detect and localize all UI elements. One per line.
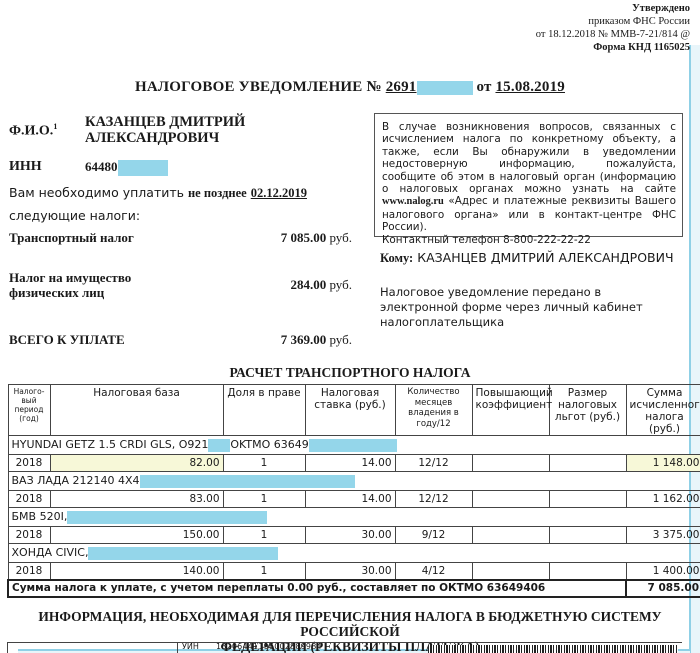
inn-value: 64480 <box>85 159 168 176</box>
table-row: 201882.00114.0012/121 148.00 <box>8 455 700 472</box>
vehicle-name-row: БМВ 520I, <box>8 508 700 527</box>
cell-rate: 30.00 <box>305 563 395 580</box>
redacted-block <box>309 439 397 452</box>
cell-benefit <box>549 491 626 508</box>
recipient-name: КАЗАНЦЕВ ДМИТРИЙ АЛЕКСАНДРОВИЧ <box>417 250 673 265</box>
notice-title: НАЛОГОВОЕ УВЕДОМЛЕНИЕ № 2691 от 15.08.20… <box>0 79 700 96</box>
info-text: В случае возникновения вопросов, связанн… <box>382 121 676 195</box>
vehicle-model: БМВ 520I, <box>12 510 68 523</box>
amount: 7 369.00 <box>281 332 327 347</box>
uin-label: УИН <box>182 642 199 651</box>
cell-rate: 14.00 <box>305 491 395 508</box>
approval-block: Утверждено приказом ФНС России от 18.12.… <box>536 2 690 54</box>
vehicle-model: ВАЗ ЛАДА 212140 4Х4 <box>12 474 140 487</box>
vehicle-model: HYUNDAI GETZ 1.5 CRDI GLS, O921 <box>12 438 209 451</box>
approval-line1: Утверждено <box>536 2 690 15</box>
col-header-benefit: Размер налоговых льгот (руб.) <box>549 385 626 436</box>
tax-name-property: Налог на имущество физических лиц <box>9 270 131 300</box>
barcode-icon <box>428 645 678 653</box>
cell-coef <box>472 455 549 472</box>
cell-rate: 14.00 <box>305 455 395 472</box>
info-box: В случае возникновения вопросов, связанн… <box>374 113 683 237</box>
requisites-table: УИН 18206441196002889984 <box>7 642 682 653</box>
table-row: 201883.00114.0012/121 162.00 <box>8 491 700 508</box>
cell-base: 140.00 <box>50 563 223 580</box>
inn-label: ИНН <box>9 159 42 175</box>
vehicle-name-row: ВАЗ ЛАДА 212140 4Х4 <box>8 472 700 491</box>
notice-title-prefix: НАЛОГОВОЕ УВЕДОМЛЕНИЕ № <box>135 79 382 95</box>
redacted-block <box>208 439 230 452</box>
vehicle-name: БМВ 520I, <box>8 508 700 527</box>
cell-months: 12/12 <box>395 455 472 472</box>
redacted-block <box>140 475 355 488</box>
nalog-site-link[interactable]: www.nalog.ru <box>382 196 444 207</box>
vehicle-name: HYUNDAI GETZ 1.5 CRDI GLS, O921OKTMO 636… <box>8 436 700 455</box>
table-row: 2018140.00130.004/121 400.00 <box>8 563 700 580</box>
tax-name-transport: Транспортный налог <box>9 230 134 245</box>
delivery-note: Налоговое уведомление передано в электро… <box>380 285 680 330</box>
redacted-block <box>67 511 267 524</box>
cell-coef <box>472 527 549 544</box>
tax-amount-transport: 7 085.00 руб. <box>281 230 352 246</box>
cell-share: 1 <box>223 527 305 544</box>
currency: руб. <box>329 230 352 245</box>
col-header-rate: Налоговая ставка (руб.) <box>305 385 395 436</box>
cell-sum: 1 400.00 <box>626 563 700 580</box>
cell-benefit <box>549 527 626 544</box>
col-header-months: Количество месяцев владения в году/12 <box>395 385 472 436</box>
cell-base: 150.00 <box>50 527 223 544</box>
col-header-coefficient: Повышающий коэффициент <box>472 385 549 436</box>
notice-number-visible: 2691 <box>386 79 417 95</box>
total-text: Сумма налога к уплате, с учетом переплат… <box>8 580 626 597</box>
vehicle-name-row: HYUNDAI GETZ 1.5 CRDI GLS, O921OKTMO 636… <box>8 436 700 455</box>
divider <box>177 643 178 653</box>
col-header-period: Налого-вый период (год) <box>8 385 50 436</box>
tax-name-line1: Налог на имущество <box>9 270 131 285</box>
vehicle-name: ВАЗ ЛАДА 212140 4Х4 <box>8 472 700 491</box>
redacted-block <box>417 81 473 95</box>
vehicle-model: ХОНДА CIVIC, <box>12 546 89 559</box>
fio-label-text: Ф.И.О. <box>9 124 53 139</box>
cell-months: 9/12 <box>395 527 472 544</box>
amount: 7 085.00 <box>281 230 327 245</box>
amount: 284.00 <box>290 277 326 292</box>
approval-line2: приказом ФНС России <box>536 15 690 28</box>
recipient-line: Кому: КАЗАНЦЕВ ДМИТРИЙ АЛЕКСАНДРОВИЧ <box>380 250 674 266</box>
notice-date: 15.08.2019 <box>495 79 565 95</box>
col-header-share: Доля в праве <box>223 385 305 436</box>
cell-base: 83.00 <box>50 491 223 508</box>
currency: руб. <box>329 277 352 292</box>
cell-coef <box>472 563 549 580</box>
cell-base: 82.00 <box>50 455 223 472</box>
approval-line3: от 18.12.2018 № ММВ-7-21/814 @ <box>536 28 690 41</box>
vehicle-name: ХОНДА CIVIC, <box>8 544 700 563</box>
deadline-label: не позднее <box>188 186 247 200</box>
vehicle-oktmo: OKTMO 63649 <box>230 438 308 451</box>
fio-label: Ф.И.О.1 <box>9 122 57 140</box>
tax-amount-property: 284.00 руб. <box>290 277 352 293</box>
cell-year: 2018 <box>8 527 50 544</box>
fio-line1: КАЗАНЦЕВ ДМИТРИЙ <box>85 114 245 130</box>
cell-sum: 3 375.00 <box>626 527 700 544</box>
tax-name-line2: физических лиц <box>9 285 131 300</box>
cell-months: 4/12 <box>395 563 472 580</box>
col-header-base: Налоговая база <box>50 385 223 436</box>
cell-share: 1 <box>223 563 305 580</box>
cell-rate: 30.00 <box>305 527 395 544</box>
table-total-row: Сумма налога к уплате, с учетом переплат… <box>8 580 700 597</box>
inn-visible: 64480 <box>85 159 118 174</box>
cell-year: 2018 <box>8 563 50 580</box>
redacted-block <box>88 547 278 560</box>
currency: руб. <box>329 332 352 347</box>
cell-share: 1 <box>223 455 305 472</box>
recipient-label: Кому: <box>380 251 413 265</box>
vehicle-name-row: ХОНДА CIVIC, <box>8 544 700 563</box>
total-label: ВСЕГО К УПЛАТЕ <box>9 332 125 347</box>
fio-value: КАЗАНЦЕВ ДМИТРИЙ АЛЕКСАНДРОВИЧ <box>85 114 245 146</box>
taxes-intro: следующие налоги: <box>9 208 140 223</box>
requisites-title-line1: ИНФОРМАЦИЯ, НЕОБХОДИМАЯ ДЛЯ ПЕРЕЧИСЛЕНИЯ… <box>0 609 700 639</box>
notice-number: 2691 <box>386 79 473 95</box>
redacted-block <box>118 160 168 176</box>
fio-line2: АЛЕКСАНДРОВИЧ <box>85 130 245 146</box>
cell-year: 2018 <box>8 455 50 472</box>
payment-prefix: Вам необходимо уплатить <box>9 185 184 200</box>
cell-coef <box>472 491 549 508</box>
cell-share: 1 <box>223 491 305 508</box>
payment-deadline-line: Вам необходимо уплатить не позднее 02.12… <box>9 185 307 201</box>
transport-tax-table: Налого-вый период (год) Налоговая база Д… <box>7 384 700 598</box>
table-header-row: Налого-вый период (год) Налоговая база Д… <box>8 385 700 436</box>
cell-sum: 1 162.00 <box>626 491 700 508</box>
table-row: 2018150.00130.009/123 375.00 <box>8 527 700 544</box>
fio-footnote: 1 <box>53 122 57 131</box>
form-code: Форма КНД 1165025 <box>536 41 690 54</box>
cell-benefit <box>549 455 626 472</box>
uin-value: 18206441196002889984 <box>216 642 322 651</box>
notice-date-prefix: от <box>476 79 491 95</box>
contact-phone: Контактный телефон 8-800-222-22-22 <box>382 234 676 246</box>
cell-sum: 1 148.00 <box>626 455 700 472</box>
total-amount: 7 369.00 руб. <box>281 332 352 348</box>
cell-benefit <box>549 563 626 580</box>
col-header-sum: Сумма исчисленного налога (руб.) <box>626 385 700 436</box>
calc-title: РАСЧЕТ ТРАНСПОРТНОГО НАЛОГА <box>0 365 700 381</box>
total-amount-cell: 7 085.00 <box>626 580 700 597</box>
deadline-date: 02.12.2019 <box>251 186 307 200</box>
cell-year: 2018 <box>8 491 50 508</box>
cell-months: 12/12 <box>395 491 472 508</box>
